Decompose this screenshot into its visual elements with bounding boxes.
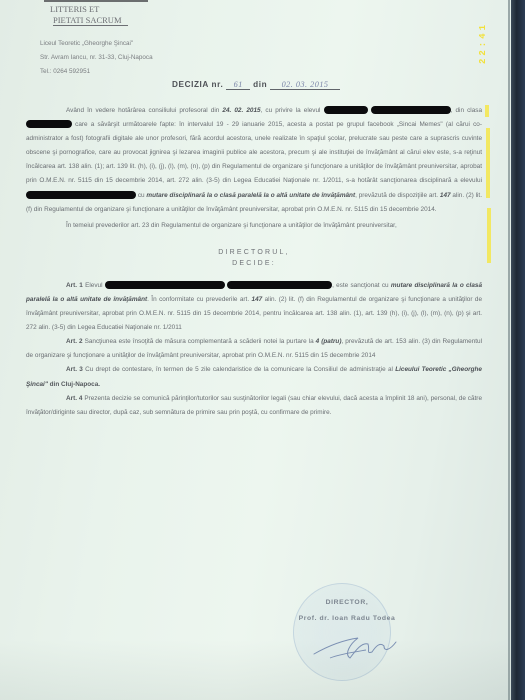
text: , din clasa [451, 107, 482, 114]
decision-date: 02. 03. 2015 [270, 80, 340, 90]
school-motto: LITTERIS ET PIETATI SACRUM [50, 4, 128, 26]
council-date: 24. 02. 2015 [222, 107, 260, 114]
handwritten-signature [310, 628, 400, 664]
article-1: Art. 1 Elevul , este sancţionat cu mutar… [26, 279, 482, 335]
redacted-name [105, 281, 225, 289]
motto-line-2: PIETATI SACRUM [53, 15, 128, 26]
paper-edge [508, 0, 510, 700]
text: Elevul [83, 282, 105, 289]
signatory-name: Prof. dr. Ioan Radu Todea [272, 611, 422, 627]
article-label: Art. 1 [66, 282, 83, 289]
crest-underline [44, 0, 148, 2]
motto-line-1: LITTERIS ET [50, 4, 128, 15]
text: Având în vedere hotărârea consiliului pr… [66, 107, 222, 114]
text: , este sancţionat cu [332, 282, 391, 289]
heading-director: DIRECTORUL, [26, 247, 482, 258]
signatory-role: DIRECTOR, [272, 595, 422, 611]
article-label: Art. 2 [66, 338, 83, 345]
decision-date-connector: din [253, 80, 267, 89]
school-contact: Liceul Teoretic „Gheorghe Şincai" Str. A… [40, 37, 153, 79]
decision-title-prefix: DECIZIA nr. [172, 80, 223, 89]
text: Cu drept de contestare, în termen de 5 z… [83, 366, 395, 373]
school-name: Liceul Teoretic „Gheorghe Şincai" [40, 37, 153, 51]
text: . În conformitate cu prevederile art. [147, 296, 251, 303]
paragraph-considerations: Având în vedere hotărârea consiliului pr… [26, 104, 482, 217]
text: , cu privire la elevul [261, 107, 324, 114]
decision-title: DECIZIA nr. 61 din 02. 03. 2015 [172, 80, 340, 90]
redacted-name [371, 106, 451, 114]
text: cu [136, 192, 146, 199]
highlight-mark [485, 105, 489, 117]
photo-timestamp: 22:41 [478, 22, 488, 64]
decision-heading: DIRECTORUL, DECIDE: [26, 247, 482, 269]
document-page: LITTERIS ET PIETATI SACRUM Liceul Teoret… [0, 0, 512, 700]
article-number: 147 [440, 192, 451, 199]
article-label: Art. 4 [66, 395, 82, 402]
conduct-grade: 4 (patru) [316, 338, 342, 345]
text: , prevăzută de dispoziţiile art. [355, 192, 440, 199]
highlight-mark [486, 128, 490, 198]
text: din Cluj-Napoca. [48, 381, 100, 388]
text: Sancţiunea este însoţită de măsura compl… [83, 338, 316, 345]
school-address: Str. Avram Iancu, nr. 31-33, Cluj-Napoca [40, 51, 153, 65]
signature-block: DIRECTOR, Prof. dr. Ioan Radu Todea [272, 595, 422, 627]
decision-body: Având în vedere hotărârea consiliului pr… [26, 104, 482, 420]
redacted-name [26, 191, 136, 199]
highlight-mark [487, 208, 491, 263]
article-number: 147 [252, 296, 263, 303]
redacted-info [227, 281, 332, 289]
article-label: Art. 3 [66, 366, 83, 373]
redacted-class [26, 120, 72, 128]
article-3: Art. 3 Cu drept de contestare, în termen… [26, 363, 482, 391]
redacted-name [324, 106, 368, 114]
text: Prezenta decizie se comunică părinţilor/… [26, 395, 482, 416]
sanction-text: mutare disciplinară la o clasă paralelă … [146, 192, 355, 199]
heading-decide: DECIDE: [26, 258, 482, 269]
article-4: Art. 4 Prezenta decizie se comunică pări… [26, 392, 482, 420]
decision-number: 61 [226, 80, 250, 90]
background-surface [511, 0, 525, 700]
article-2: Art. 2 Sancţiunea este însoţită de măsur… [26, 335, 482, 363]
text: care a săvârşit următoarele fapte: în in… [26, 121, 482, 184]
paragraph-legal-basis: În temeiul prevederilor art. 23 din Regu… [26, 219, 482, 233]
school-phone: Tel.: 0264 592951 [40, 65, 153, 79]
